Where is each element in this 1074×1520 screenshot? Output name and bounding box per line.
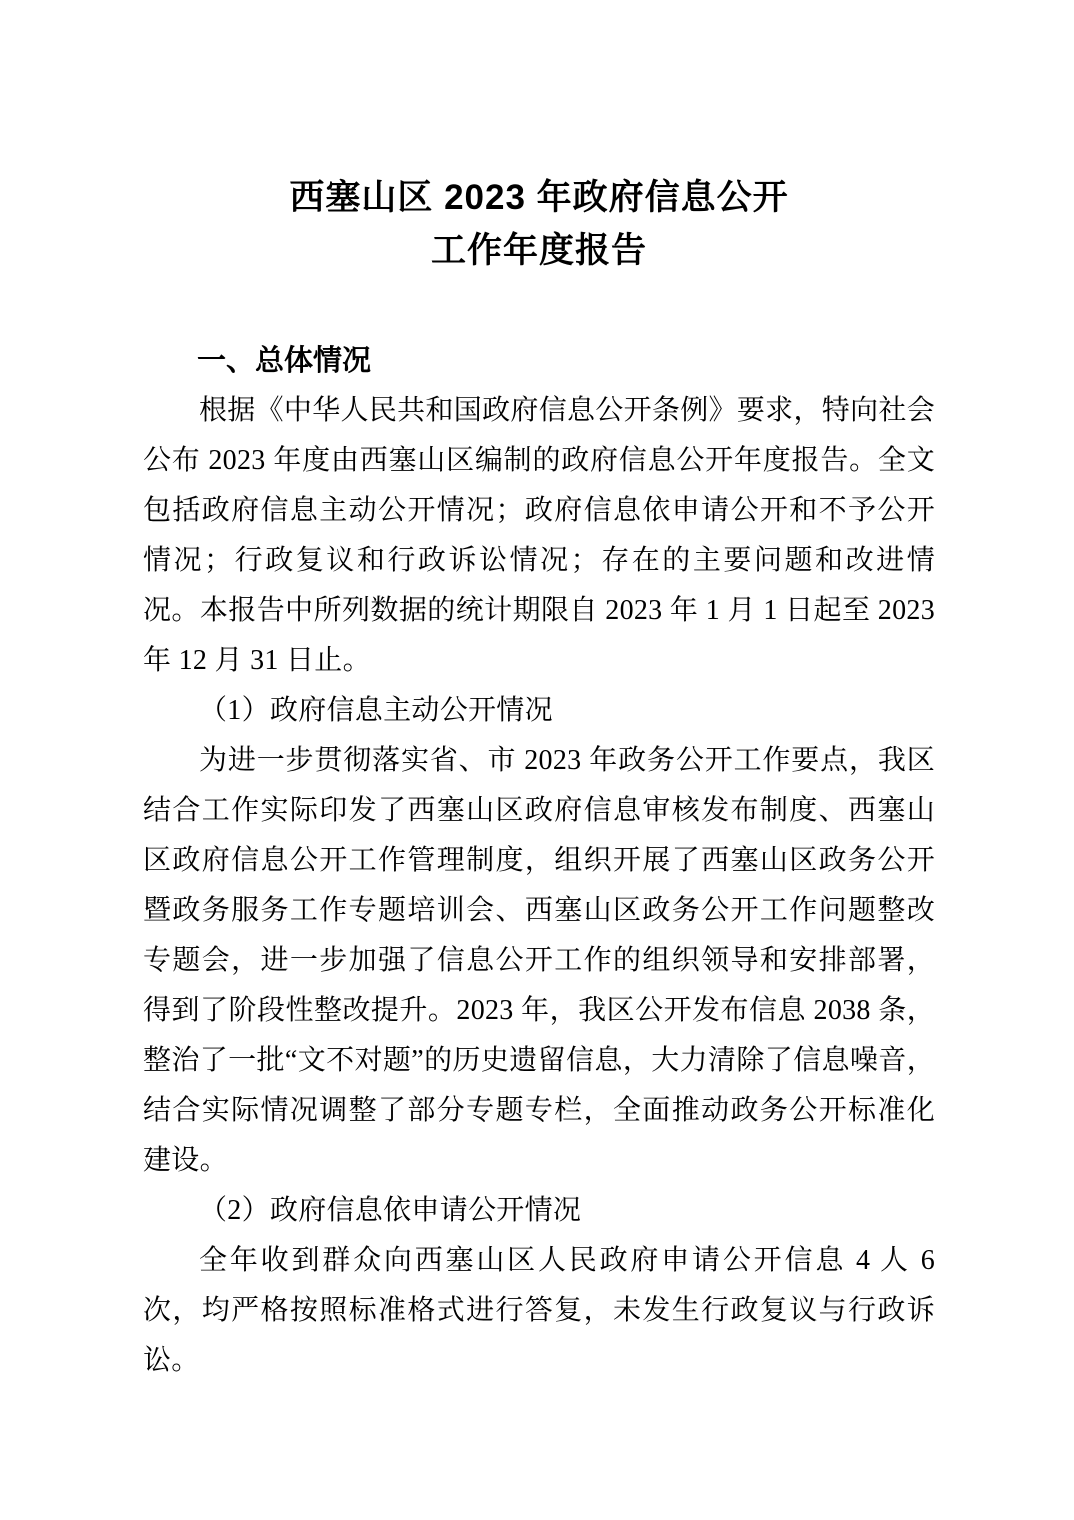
para-intro: 根据《中华人民共和国政府信息公开条例》要求，特向社会公布 2023 年度由西塞山… — [143, 386, 935, 686]
document-title: 西塞山区 2023 年政府信息公开 工作年度报告 — [143, 171, 935, 277]
para-sub1-heading-active-disclosure: （1）政府信息主动公开情况 — [143, 686, 935, 736]
doc-page: 西塞山区 2023 年政府信息公开 工作年度报告 一、总体情况 根据《中华人民共… — [0, 0, 1074, 1520]
para-sub2-heading-request-disclosure: （2）政府信息依申请公开情况 — [143, 1186, 935, 1236]
para-active-disclosure-details: 为进一步贯彻落实省、市 2023 年政务公开工作要点，我区结合工作实际印发了西塞… — [143, 736, 935, 1186]
document-title-line-2: 工作年度报告 — [143, 224, 935, 277]
document-title-line-1: 西塞山区 2023 年政府信息公开 — [143, 171, 935, 224]
doc-body: 一、总体情况 根据《中华人民共和国政府信息公开条例》要求，特向社会公布 2023… — [143, 336, 935, 1386]
doc-content: 西塞山区 2023 年政府信息公开 工作年度报告 一、总体情况 根据《中华人民共… — [0, 0, 1074, 1386]
section-heading-overview: 一、总体情况 — [143, 336, 935, 386]
para-request-disclosure-details: 全年收到群众向西塞山区人民政府申请公开信息 4 人 6 次，均严格按照标准格式进… — [143, 1236, 935, 1386]
